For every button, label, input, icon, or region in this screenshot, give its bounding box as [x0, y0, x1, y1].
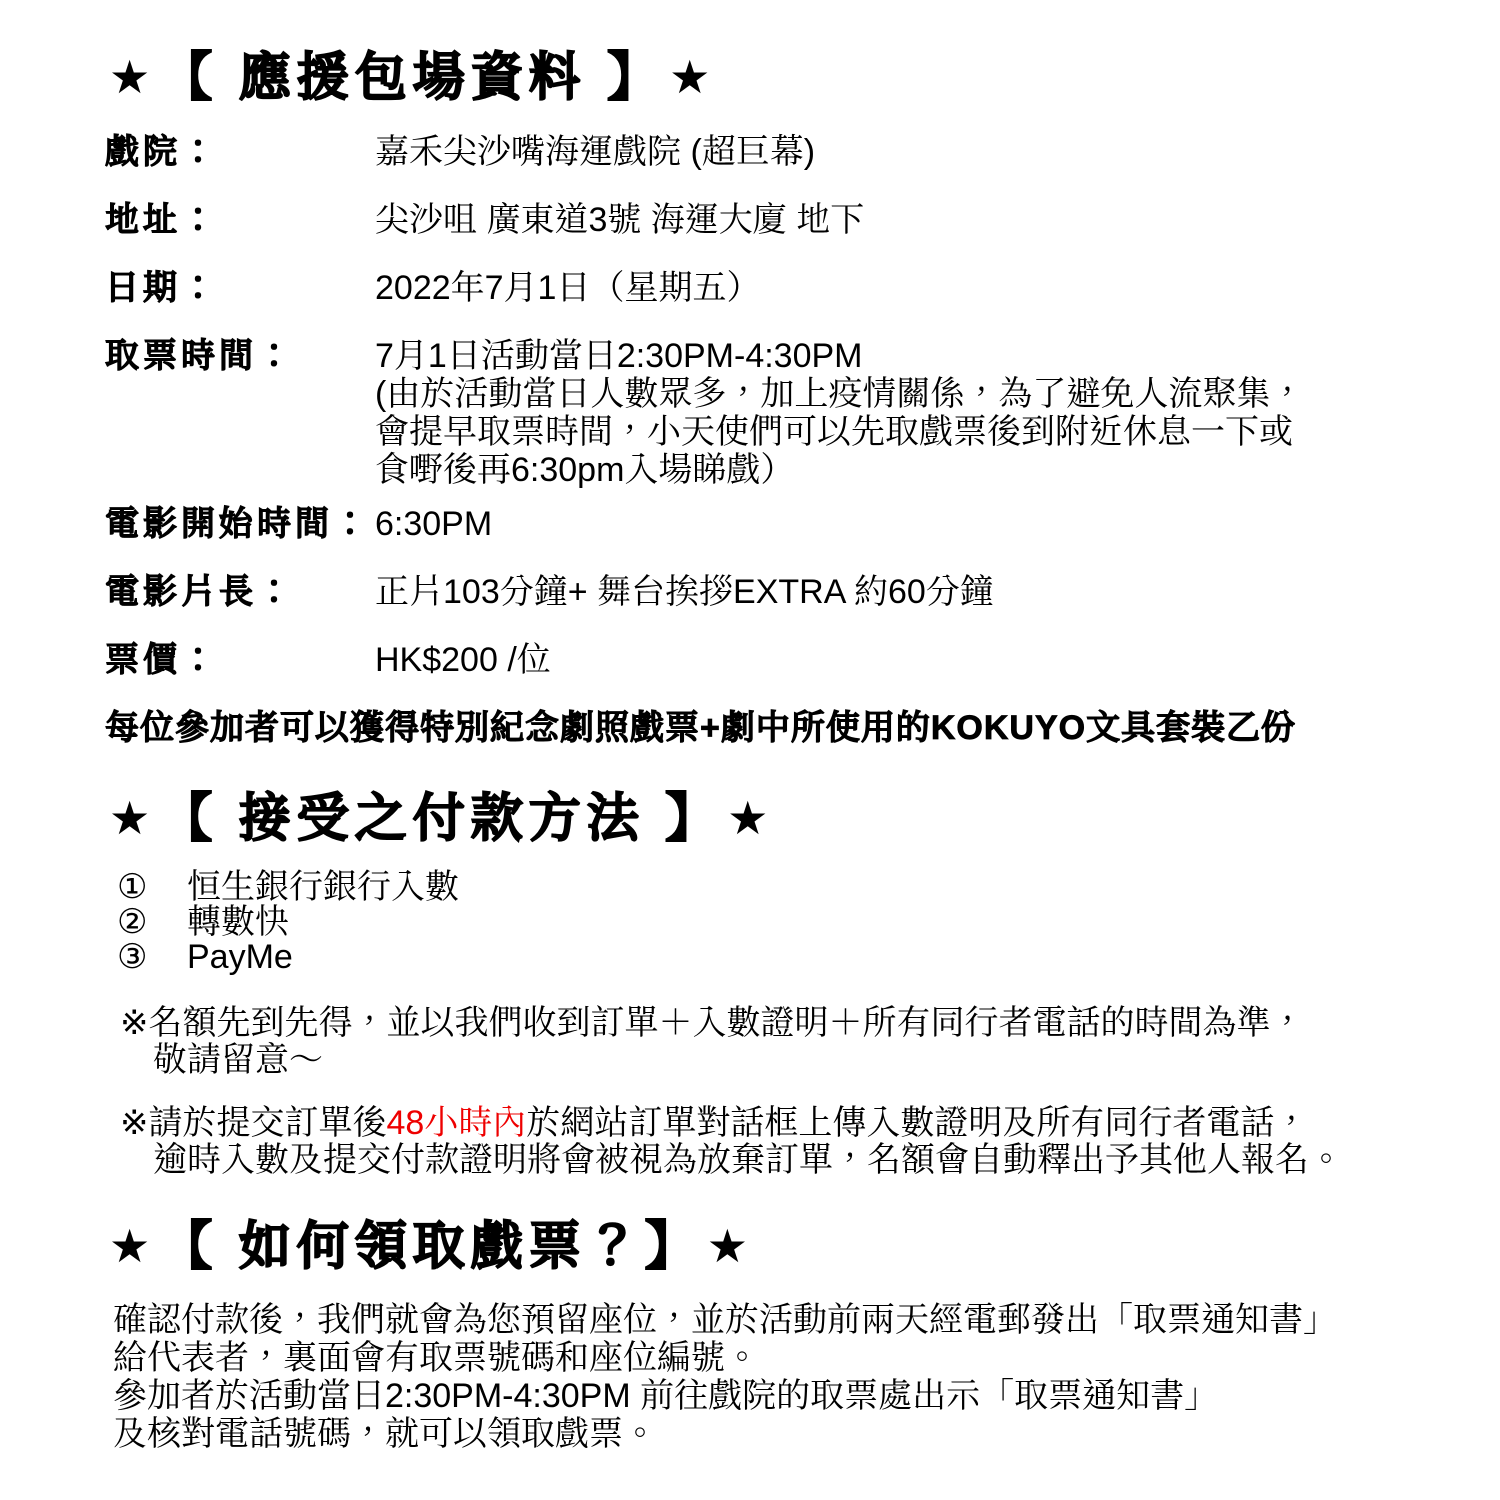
- theatre-value: 嘉禾尖沙嘴海運戲院 (超巨幕): [375, 133, 1445, 171]
- circled-two-marker: ②: [117, 905, 187, 940]
- movie-start-time-value: 6:30PM: [375, 505, 1445, 543]
- info-row-theatre: 戲院： 嘉禾尖沙嘴海運戲院 (超巨幕): [105, 133, 1445, 171]
- note-first-come-line2: 敬請留意～: [153, 1042, 1445, 1079]
- pickup-section-heading-text: 【 如何領取戲票？】: [160, 1218, 702, 1276]
- movie-duration-value: 正片103分鐘+ 舞台挨拶EXTRA 約60分鐘: [375, 573, 1445, 611]
- deadline-text-pre: ※請於提交訂單後: [120, 1104, 387, 1142]
- ticket-pickup-time-note-line2: 會提早取票時間，小天使們可以先取戲票後到附近休息一下或: [375, 413, 1445, 451]
- theatre-label: 戲院：: [105, 133, 375, 171]
- info-row-ticket-pickup-time: 取票時間： 7月1日活動當日2:30PM-4:30PM (由於活動當日人數眾多，…: [105, 337, 1445, 489]
- payment-methods-list: ① 恒生銀行銀行入數 ② 轉數快 ③ PayMe: [117, 870, 1445, 975]
- pickup-section-heading: ★【 如何領取戲票？】★: [105, 1219, 1445, 1276]
- note-first-come-line1: ※名額先到先得，並以我們收到訂單＋入數證明＋所有同行者電話的時間為準，: [120, 1005, 1445, 1042]
- payment-method-label: 轉數快: [187, 905, 289, 940]
- movie-start-time-label: 電影開始時間：: [105, 505, 375, 543]
- pickup-instructions-line3: 參加者於活動當日2:30PM-4:30PM 前往戲院的取票處出示「取票通知書」: [113, 1377, 1445, 1415]
- date-label: 日期：: [105, 269, 375, 307]
- star-icon: ★: [109, 51, 156, 103]
- address-label: 地址：: [105, 201, 375, 239]
- star-icon: ★: [109, 1220, 156, 1272]
- deadline-highlight-48-hours: 48小時內: [387, 1104, 527, 1142]
- ticket-pickup-time-label: 取票時間：: [105, 337, 375, 375]
- ticket-pickup-time-note-line3: 食嘢後再6:30pm入場睇戲）: [375, 451, 1445, 489]
- info-row-address: 地址： 尖沙咀 廣東道3號 海運大廈 地下: [105, 201, 1445, 239]
- pickup-instructions: 確認付款後，我們就會為您預留座位，並於活動前兩天經電郵發出「取票通知書」 給代表…: [113, 1301, 1445, 1453]
- payment-method-label: 恒生銀行銀行入數: [187, 870, 459, 905]
- payment-method-bank-transfer: ① 恒生銀行銀行入數: [117, 870, 1445, 905]
- info-row-date: 日期： 2022年7月1日（星期五）: [105, 269, 1445, 307]
- note-payment-deadline-line2: 逾時入數及提交付款證明將會被視為放棄訂單，名額會自動釋出予其他人報名。: [153, 1142, 1445, 1179]
- circled-three-marker: ③: [117, 940, 187, 975]
- address-value: 尖沙咀 廣東道3號 海運大廈 地下: [375, 201, 1445, 239]
- pickup-instructions-line4: 及核對電話號碼，就可以領取戲票。: [113, 1415, 1445, 1453]
- note-first-come-first-served: ※名額先到先得，並以我們收到訂單＋入數證明＋所有同行者電話的時間為準， 敬請留意…: [120, 1005, 1445, 1079]
- deadline-text-post: 於網站訂單對話框上傳入數證明及所有同行者電話，: [526, 1104, 1308, 1142]
- payment-section-heading: ★【 接受之付款方法 】★: [105, 791, 1445, 848]
- star-icon: ★: [707, 1220, 754, 1272]
- ticket-pickup-time-line1: 7月1日活動當日2:30PM-4:30PM: [375, 337, 1445, 375]
- pickup-instructions-line2: 給代表者，裏面會有取票號碼和座位編號。: [113, 1339, 1445, 1377]
- payment-method-fps: ② 轉數快: [117, 905, 1445, 940]
- payment-method-payme: ③ PayMe: [117, 940, 1445, 975]
- note-payment-deadline: ※請於提交訂單後48小時內於網站訂單對話框上傳入數證明及所有同行者電話， 逾時入…: [120, 1105, 1445, 1179]
- info-row-ticket-price: 票價： HK$200 /位: [105, 641, 1445, 679]
- pickup-instructions-line1: 確認付款後，我們就會為您預留座位，並於活動前兩天經電郵發出「取票通知書」: [113, 1301, 1445, 1339]
- info-row-movie-duration: 電影片長： 正片103分鐘+ 舞台挨拶EXTRA 約60分鐘: [105, 573, 1445, 611]
- note-payment-deadline-line1: ※請於提交訂單後48小時內於網站訂單對話框上傳入數證明及所有同行者電話，: [120, 1105, 1445, 1142]
- ticket-pickup-time-value: 7月1日活動當日2:30PM-4:30PM (由於活動當日人數眾多，加上疫情關係…: [375, 337, 1445, 489]
- payment-section-heading-text: 【 接受之付款方法 】: [160, 790, 723, 848]
- circled-one-marker: ①: [117, 870, 187, 905]
- ticket-pickup-time-note-line1: (由於活動當日人數眾多，加上疫情關係，為了避免人流聚集，: [375, 375, 1445, 413]
- star-icon: ★: [109, 792, 156, 844]
- ticket-price-value: HK$200 /位: [375, 641, 1445, 679]
- info-section-heading-text: 【 應援包場資料 】: [160, 49, 665, 107]
- bonus-gift-statement: 每位參加者可以獲得特別紀念劇照戲票+劇中所使用的KOKUYO文具套裝乙份: [105, 709, 1445, 747]
- movie-duration-label: 電影片長：: [105, 573, 375, 611]
- star-icon: ★: [727, 792, 774, 844]
- star-icon: ★: [669, 51, 716, 103]
- info-section-heading: ★【 應援包場資料 】★: [105, 50, 1445, 107]
- date-value: 2022年7月1日（星期五）: [375, 269, 1445, 307]
- payment-method-label: PayMe: [187, 940, 293, 975]
- info-row-movie-start-time: 電影開始時間： 6:30PM: [105, 505, 1445, 543]
- ticket-price-label: 票價：: [105, 641, 375, 679]
